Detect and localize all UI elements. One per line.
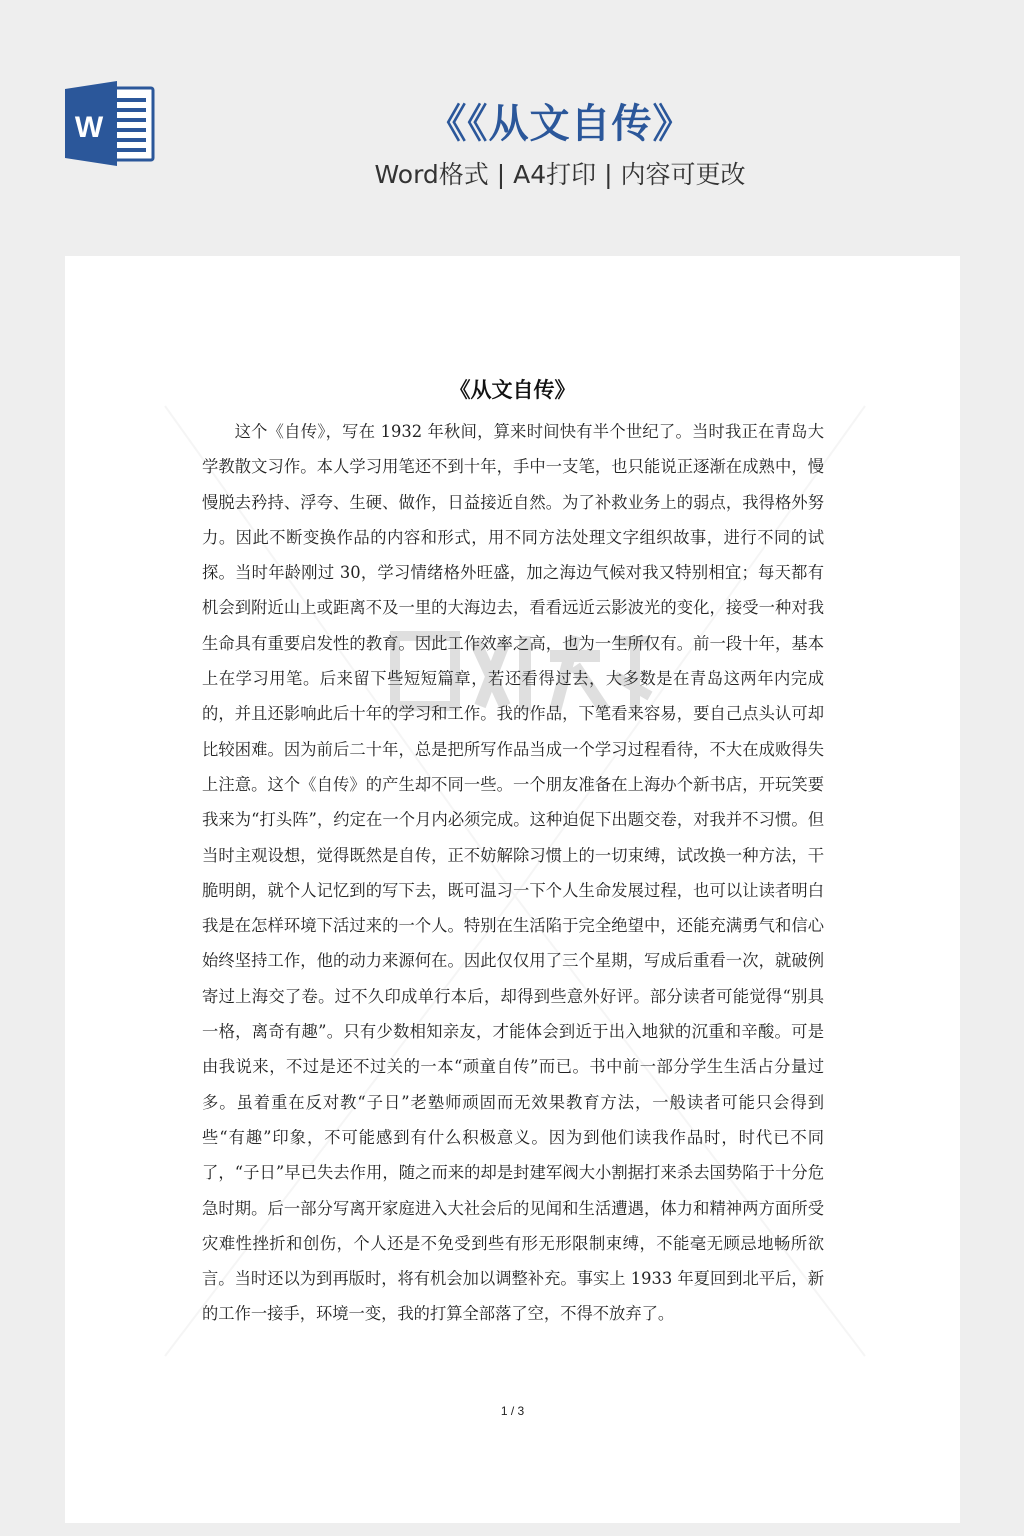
page-number: 1 / 3 — [65, 1404, 960, 1418]
document-title: 《从文自传》 — [65, 374, 960, 404]
word-document-icon: W — [65, 81, 155, 166]
svg-text:W: W — [75, 111, 104, 144]
banner-title: 《《从文自传》 — [300, 92, 820, 149]
document-page: 《从文自传》 这个《自传》，写在 1932 年秋间，算来时间快有半个世纪了。当时… — [65, 256, 960, 1523]
document-body: 这个《自传》，写在 1932 年秋间，算来时间快有半个世纪了。当时我正在青岛大学… — [202, 414, 824, 1332]
banner-subtitle: Word格式 | A4打印 | 内容可更改 — [300, 155, 820, 191]
